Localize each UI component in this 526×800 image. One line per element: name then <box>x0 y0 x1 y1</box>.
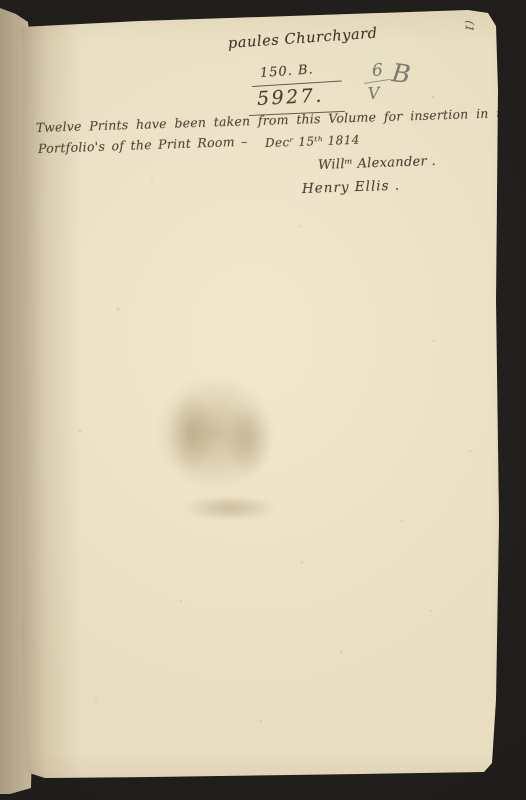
pencil-mark-numerator: 6 <box>371 60 383 81</box>
heading-inscription: paules Churchyard <box>227 26 378 52</box>
shelfmark-denominator: 5927. <box>256 85 324 110</box>
page-stain <box>156 378 274 492</box>
signature-alexander: Willᵐ Alexander . <box>318 154 436 173</box>
page-stain-dark-left <box>165 388 217 480</box>
pencil-mark-denominator: V <box>368 83 381 103</box>
photographed-book-page: (1 paules Churchyard 150. B. 5927. 6 V B… <box>0 0 526 800</box>
page-stain-dark-right <box>222 398 274 482</box>
signature-ellis: Henry Ellis . <box>302 178 401 197</box>
note-date: Decʳ 15ᵗʰ 1814 <box>265 133 360 150</box>
shelfmark-numerator: 150. B. <box>259 62 314 81</box>
pencil-mark-letter: B <box>390 58 412 89</box>
folio-number: (1 <box>462 20 476 33</box>
note-line1: Twelve Prints have been taken from this … <box>36 105 518 135</box>
manuscript-page: (1 paules Churchyard 150. B. 5927. 6 V B… <box>0 0 526 800</box>
ghost-lettering-stain <box>184 497 276 519</box>
page-edge-highlight <box>495 10 504 770</box>
